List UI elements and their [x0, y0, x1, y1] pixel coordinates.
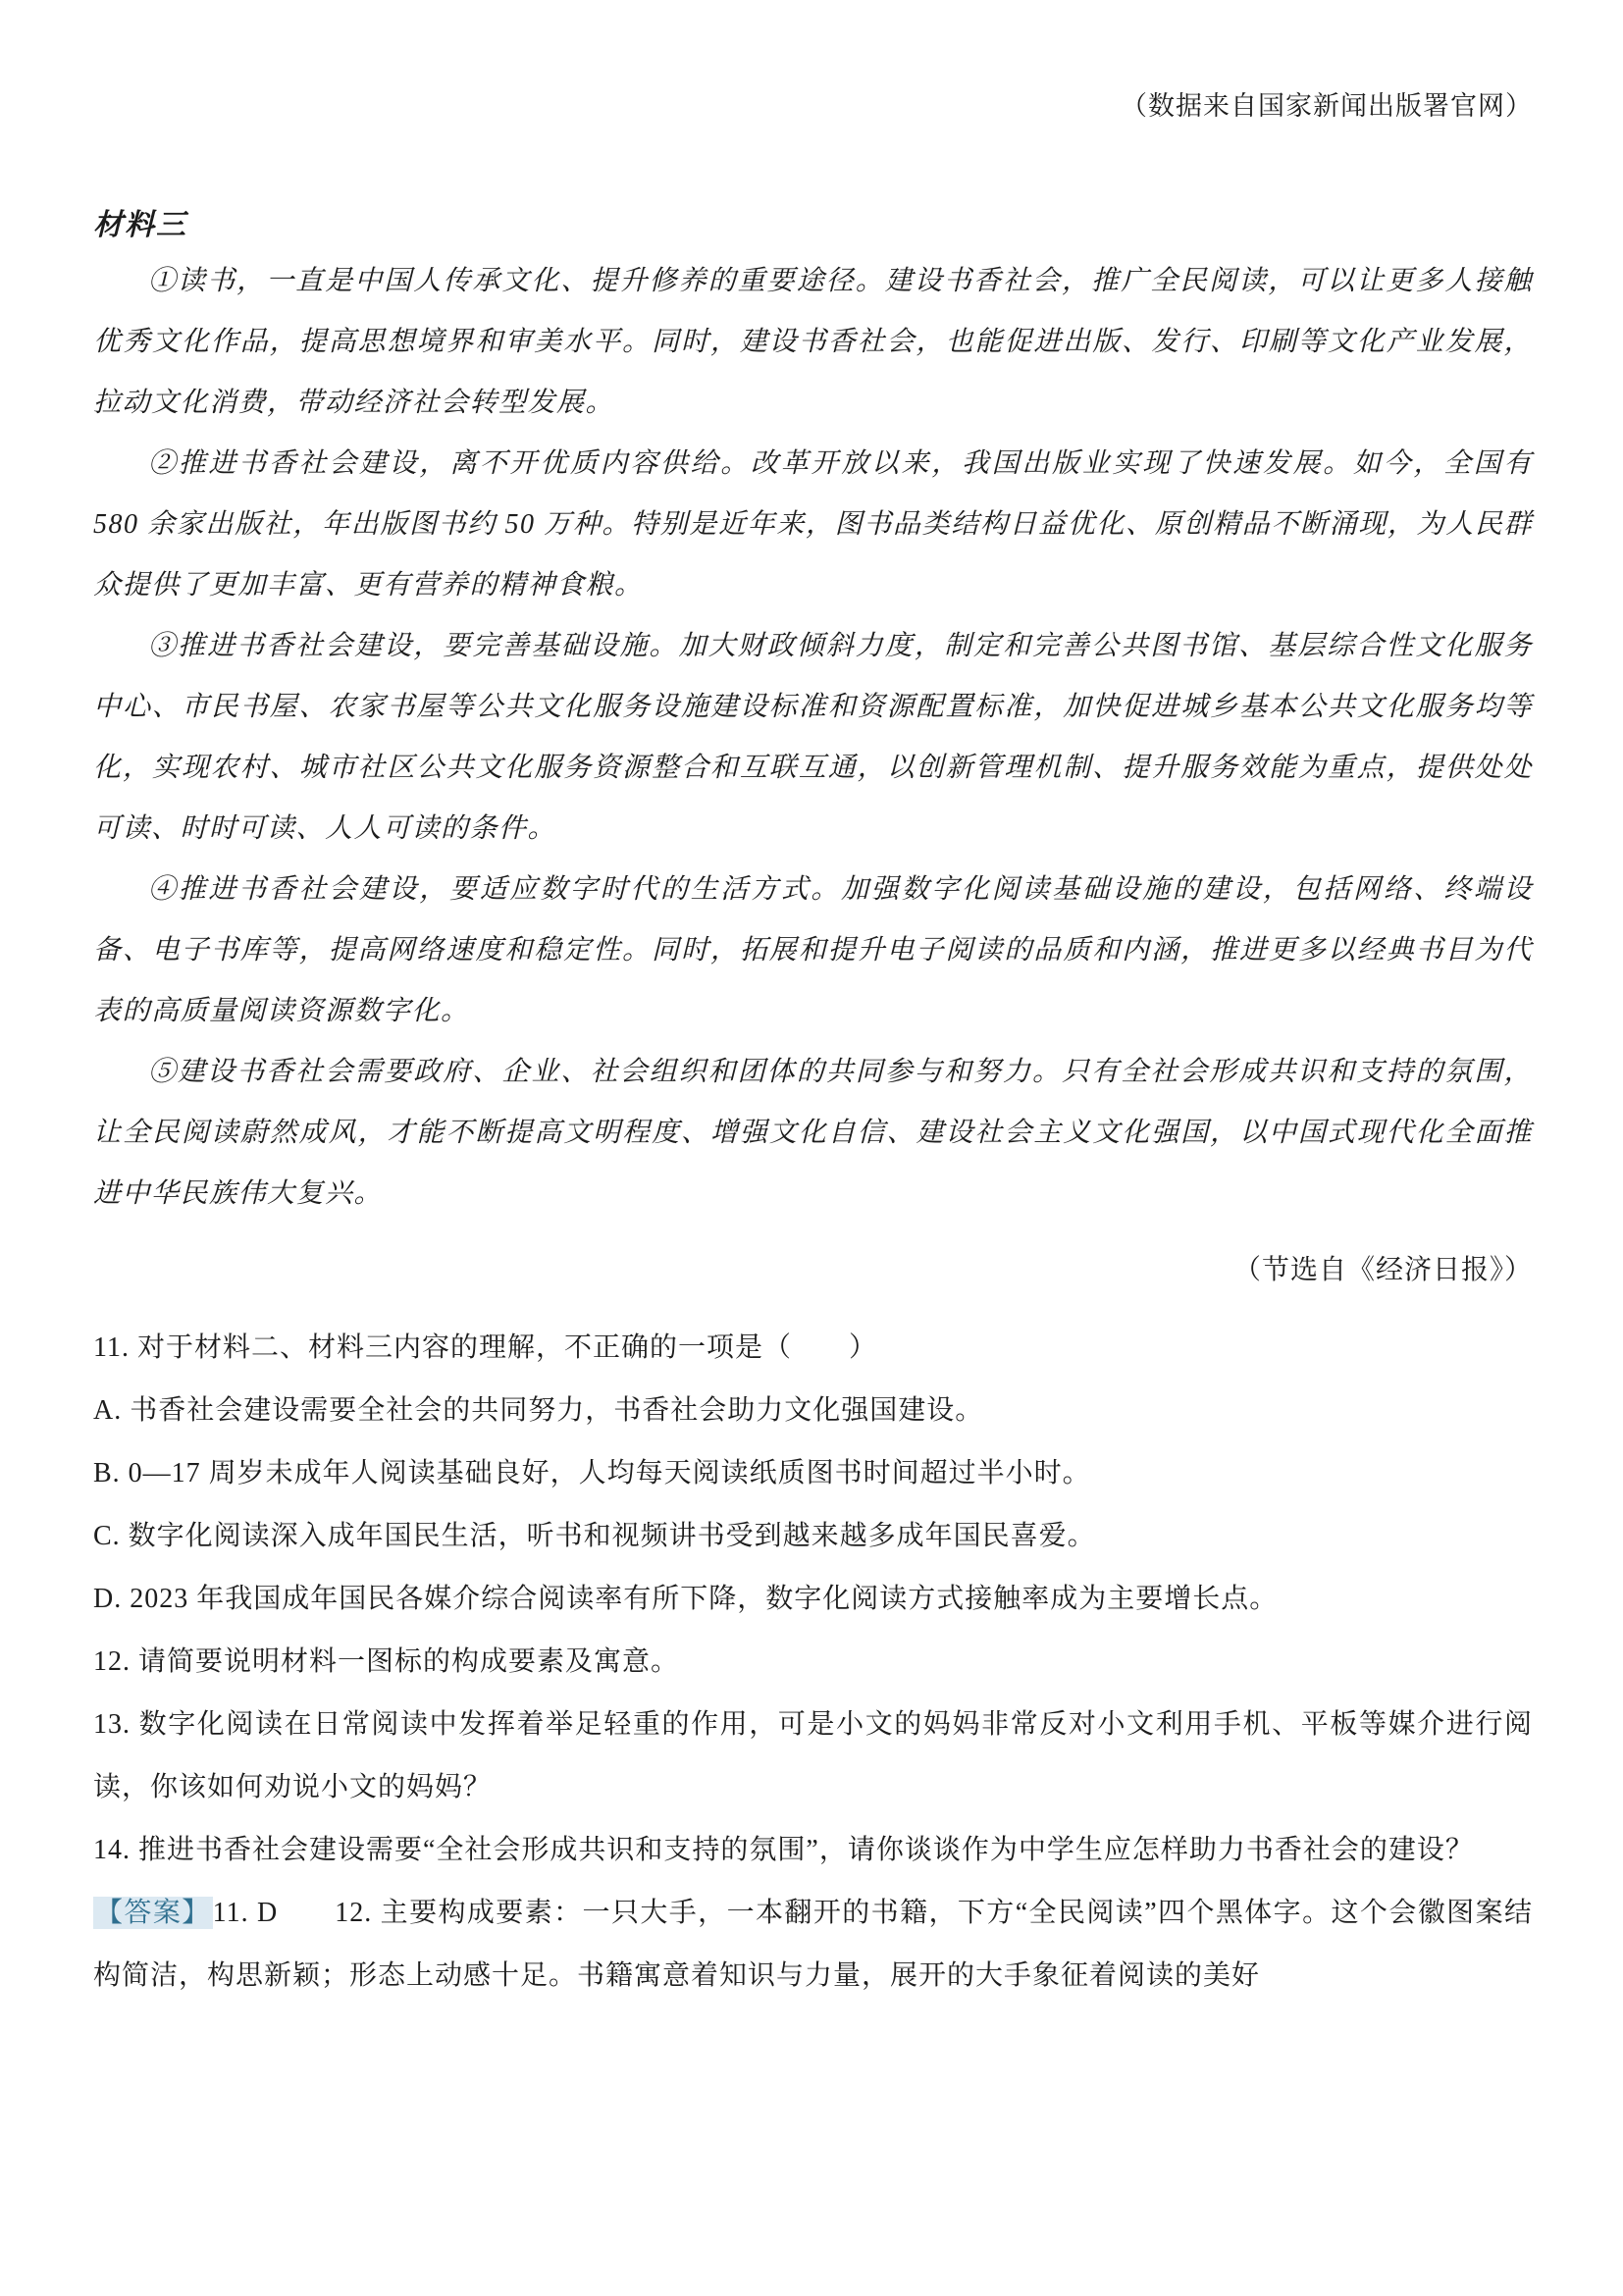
material-paragraph-5: ⑤建设书香社会需要政府、企业、社会组织和团体的共同参与和努力。只有全社会形成共识… [93, 1042, 1533, 1225]
data-source-note: （数据来自国家新闻出版署官网） [93, 86, 1533, 126]
questions-section: 11. 对于材料二、材料三内容的理解，不正确的一项是（ ） A. 书香社会建设需… [93, 1317, 1533, 1882]
question-13: 13. 数字化阅读在日常阅读中发挥着举足轻重的作用，可是小文的妈妈非常反对小文利… [93, 1694, 1533, 1819]
material-paragraph-4: ④推进书香社会建设，要适应数字时代的生活方式。加强数字化阅读基础设施的建设，包括… [93, 860, 1533, 1042]
question-11-option-d: D. 2023 年我国成年国民各媒介综合阅读率有所下降，数字化阅读方式接触率成为… [93, 1568, 1533, 1631]
answer-label: 【答案】 [93, 1897, 213, 1929]
question-14: 14. 推进书香社会建设需要“全社会形成共识和支持的氛围”，请你谈谈作为中学生应… [93, 1819, 1533, 1882]
material-three-title: 材料三 [93, 204, 1533, 247]
material-paragraph-2: ②推进书香社会建设，离不开优质内容供给。改革开放以来，我国出版业实现了快速发展。… [93, 434, 1533, 616]
material-paragraph-3: ③推进书香社会建设，要完善基础设施。加大财政倾斜力度，制定和完善公共图书馆、基层… [93, 616, 1533, 860]
question-11-option-c: C. 数字化阅读深入成年国民生活，听书和视频讲书受到越来越多成年国民喜爱。 [93, 1505, 1533, 1568]
answer-q12: 12. 主要构成要素：一只大手，一本翻开的书籍，下方“全民阅读”四个黑体字。这个… [93, 1898, 1533, 1991]
answer-q11: 11. D [213, 1898, 279, 1928]
question-12: 12. 请简要说明材料一图标的构成要素及寓意。 [93, 1631, 1533, 1694]
material-paragraph-1: ①读书，一直是中国人传承文化、提升修养的重要途径。建设书香社会，推广全民阅读，可… [93, 251, 1533, 434]
material-attribution: （节选自《经济日报》） [93, 1240, 1533, 1301]
answer-section: 【答案】11. D12. 主要构成要素：一只大手，一本翻开的书籍，下方“全民阅读… [93, 1882, 1533, 2008]
exam-document-page: （数据来自国家新闻出版署官网） 材料三 ①读书，一直是中国人传承文化、提升修养的… [0, 0, 1623, 2296]
question-11-stem: 11. 对于材料二、材料三内容的理解，不正确的一项是（ ） [93, 1317, 1533, 1380]
question-11-option-a: A. 书香社会建设需要全社会的共同努力，书香社会助力文化强国建设。 [93, 1380, 1533, 1442]
material-three-body: ①读书，一直是中国人传承文化、提升修养的重要途径。建设书香社会，推广全民阅读，可… [93, 251, 1533, 1225]
question-11-option-b: B. 0—17 周岁未成年人阅读基础良好，人均每天阅读纸质图书时间超过半小时。 [93, 1442, 1533, 1505]
